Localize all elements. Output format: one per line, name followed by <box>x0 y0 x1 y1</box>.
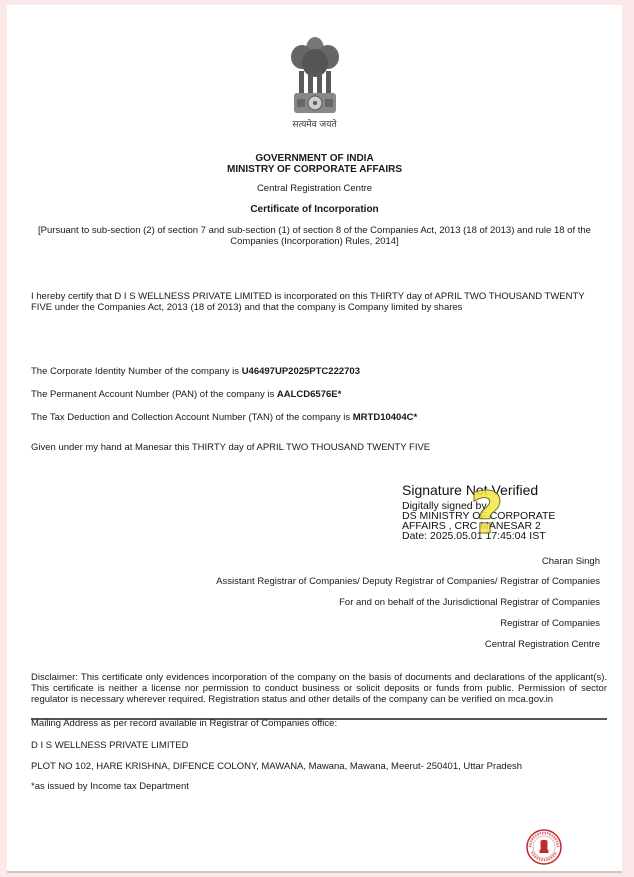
header-government: GOVERNMENT OF INDIA MINISTRY OF CORPORAT… <box>7 153 622 175</box>
office-name: Central Registration Centre <box>7 183 622 194</box>
mailing-company: D I S WELLNESS PRIVATE LIMITED <box>31 740 189 751</box>
mca-seal-icon <box>525 828 563 866</box>
emblem-motto: सत्यमेव जयते <box>7 117 622 130</box>
tan-value: MRTD10404C* <box>353 412 417 423</box>
disclaimer: Disclaimer: This certificate only eviden… <box>31 672 607 705</box>
pan-label: The Permanent Account Number (PAN) of th… <box>31 389 277 400</box>
signature-details: Digitally signed by DS MINISTRY OF CORPO… <box>402 501 602 541</box>
pan-value: AALCD6576E* <box>277 389 341 400</box>
header-line-2: MINISTRY OF CORPORATE AFFAIRS <box>7 164 622 175</box>
signature-date: Date: 2025.05.01 17:45:04 IST <box>402 531 602 541</box>
cin-value: U46497UP2025PTC222703 <box>242 366 360 377</box>
given-statement: Given under my hand at Manesar this THIR… <box>31 442 430 453</box>
mailing-label: Mailing Address as per record available … <box>31 718 337 729</box>
pursuant-clause: [Pursuant to sub-section (2) of section … <box>27 225 602 247</box>
registrar-behalf: For and on behalf of the Jurisdictional … <box>339 597 600 608</box>
mailing-address: PLOT NO 102, HARE KRISHNA, DIFENCE COLON… <box>31 761 522 772</box>
registrar-designation: Assistant Registrar of Companies/ Deputy… <box>216 576 600 587</box>
cin-label: The Corporate Identity Number of the com… <box>31 366 242 377</box>
tan-label: The Tax Deduction and Collection Account… <box>31 412 353 423</box>
certificate-title: Certificate of Incorporation <box>7 204 622 215</box>
signature-status: Signature Not Verified <box>402 482 602 498</box>
cin-line: The Corporate Identity Number of the com… <box>31 366 360 377</box>
registrar-centre: Central Registration Centre <box>485 639 600 650</box>
tan-line: The Tax Deduction and Collection Account… <box>31 412 417 423</box>
header-line-1: GOVERNMENT OF INDIA <box>7 153 622 164</box>
certificate-page: सत्यमेव जयते GOVERNMENT OF INDIA MINISTR… <box>7 5 622 873</box>
certify-statement: I hereby certify that D I S WELLNESS PRI… <box>31 291 606 313</box>
mca-link[interactable]: mca.gov.in <box>508 694 553 705</box>
digital-signature-block[interactable]: Signature Not Verified Digitally signed … <box>402 482 602 541</box>
pan-line: The Permanent Account Number (PAN) of th… <box>31 389 341 400</box>
pan-tan-footnote: *as issued by Income tax Department <box>31 781 189 792</box>
registrar-roc: Registrar of Companies <box>500 618 600 629</box>
signatory-name: Charan Singh <box>542 556 600 567</box>
